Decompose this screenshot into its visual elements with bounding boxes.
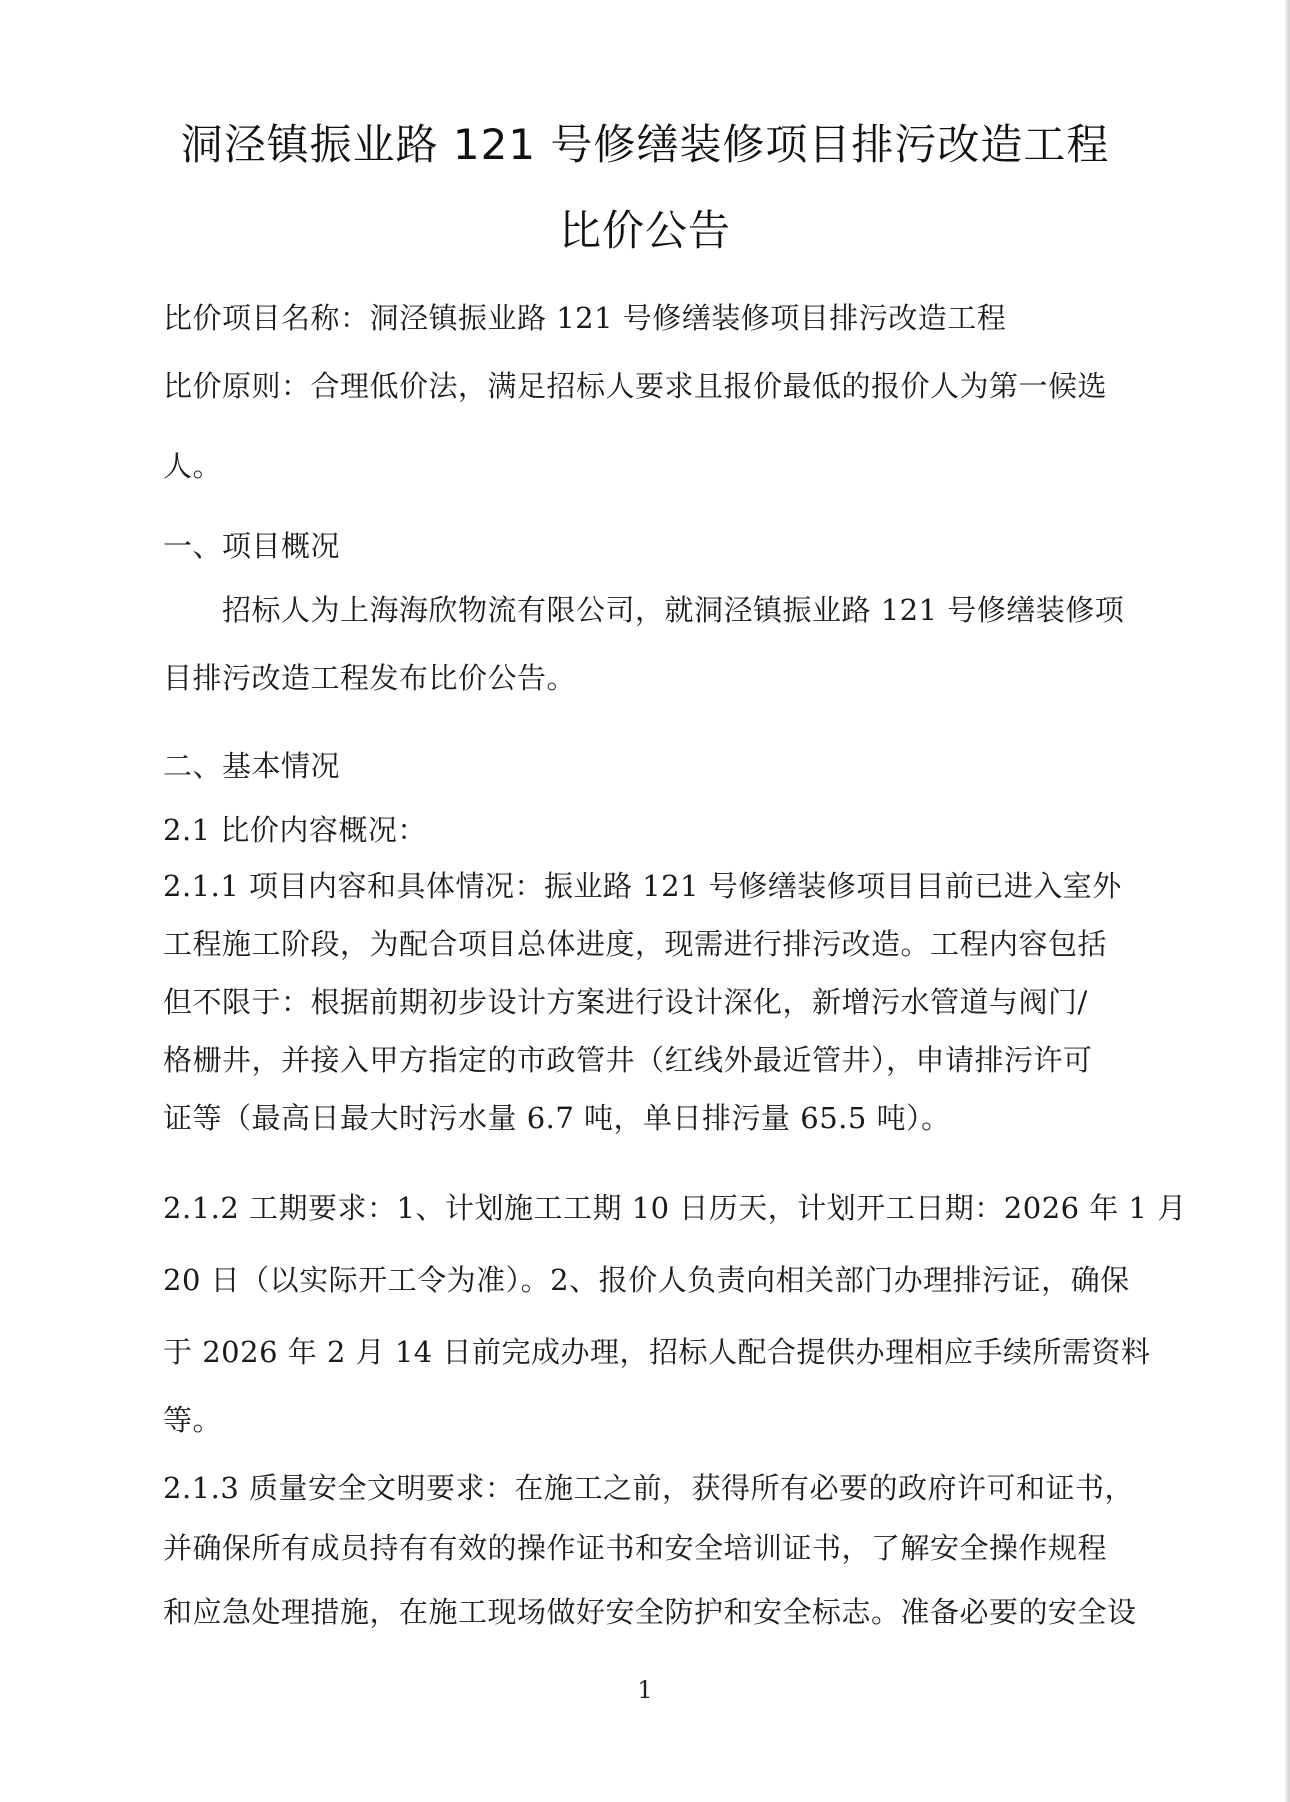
principle-continuation: 人。 (163, 444, 222, 485)
section1-heading: 一、项目概况 (163, 524, 340, 565)
item-2-1-2-line: 于 2026 年 2 月 14 日前完成办理，招标人配合提供办理相应手续所需资料 (163, 1330, 1150, 1371)
project-name-row: 比价项目名称：洞泾镇振业路 121 号修缮装修项目排污改造工程 (163, 296, 1006, 337)
scan-edge (1285, 0, 1290, 1802)
document-subtitle: 比价公告 (0, 198, 1290, 258)
document-page: 洞泾镇振业路 121 号修缮装修项目排污改造工程 比价公告 比价项目名称：洞泾镇… (0, 0, 1290, 1802)
project-name-value: 洞泾镇振业路 121 号修缮装修项目排污改造工程 (370, 301, 1007, 335)
section2-1-heading: 2.1 比价内容概况： (163, 808, 427, 849)
document-title: 洞泾镇振业路 121 号修缮装修项目排污改造工程 (0, 112, 1290, 172)
page-number: 1 (0, 1676, 1290, 1704)
project-name-label: 比价项目名称： (163, 301, 370, 335)
item-2-1-1-line: 2.1.1 项目内容和具体情况：振业路 121 号修缮装修项目目前已进入室外 (163, 864, 1122, 905)
item-2-1-1-line: 工程施工阶段，为配合项目总体进度，现需进行排污改造。工程内容包括 (163, 922, 1107, 963)
section2-heading: 二、基本情况 (163, 744, 340, 785)
item-2-1-1-line: 证等（最高日最大时污水量 6.7 吨，单日排污量 65.5 吨）。 (163, 1096, 951, 1137)
section1-paragraph-line: 招标人为上海海欣物流有限公司，就洞泾镇振业路 121 号修缮装修项 (222, 588, 1124, 629)
item-2-1-3-line: 并确保所有成员持有有效的操作证书和安全培训证书，了解安全操作规程 (163, 1526, 1107, 1567)
item-2-1-3-line: 2.1.3 质量安全文明要求：在施工之前，获得所有必要的政府许可和证书， (163, 1466, 1134, 1507)
item-2-1-2-line: 20 日（以实际开工令为准）。2、报价人负责向相关部门办理排污证，确保 (163, 1258, 1130, 1299)
item-2-1-2-line: 等。 (163, 1398, 222, 1439)
section1-paragraph-line: 目排污改造工程发布比价公告。 (163, 656, 576, 697)
item-2-1-1-line: 格栅井，并接入甲方指定的市政管井（红线外最近管井），申请排污许可 (163, 1038, 1093, 1079)
item-2-1-3-line: 和应急处理措施，在施工现场做好安全防护和安全标志。准备必要的安全设 (163, 1590, 1137, 1631)
item-2-1-2-line: 2.1.2 工期要求：1、计划施工工期 10 日历天，计划开工日期：2026 年… (163, 1186, 1187, 1227)
principle-value: 合理低价法，满足招标人要求且报价最低的报价人为第一候选 (311, 369, 1108, 403)
principle-label: 比价原则： (163, 369, 311, 403)
item-2-1-1-line: 但不限于：根据前期初步设计方案进行设计深化，新增污水管道与阀门/ (163, 980, 1088, 1021)
principle-row: 比价原则：合理低价法，满足招标人要求且报价最低的报价人为第一候选 (163, 364, 1107, 405)
